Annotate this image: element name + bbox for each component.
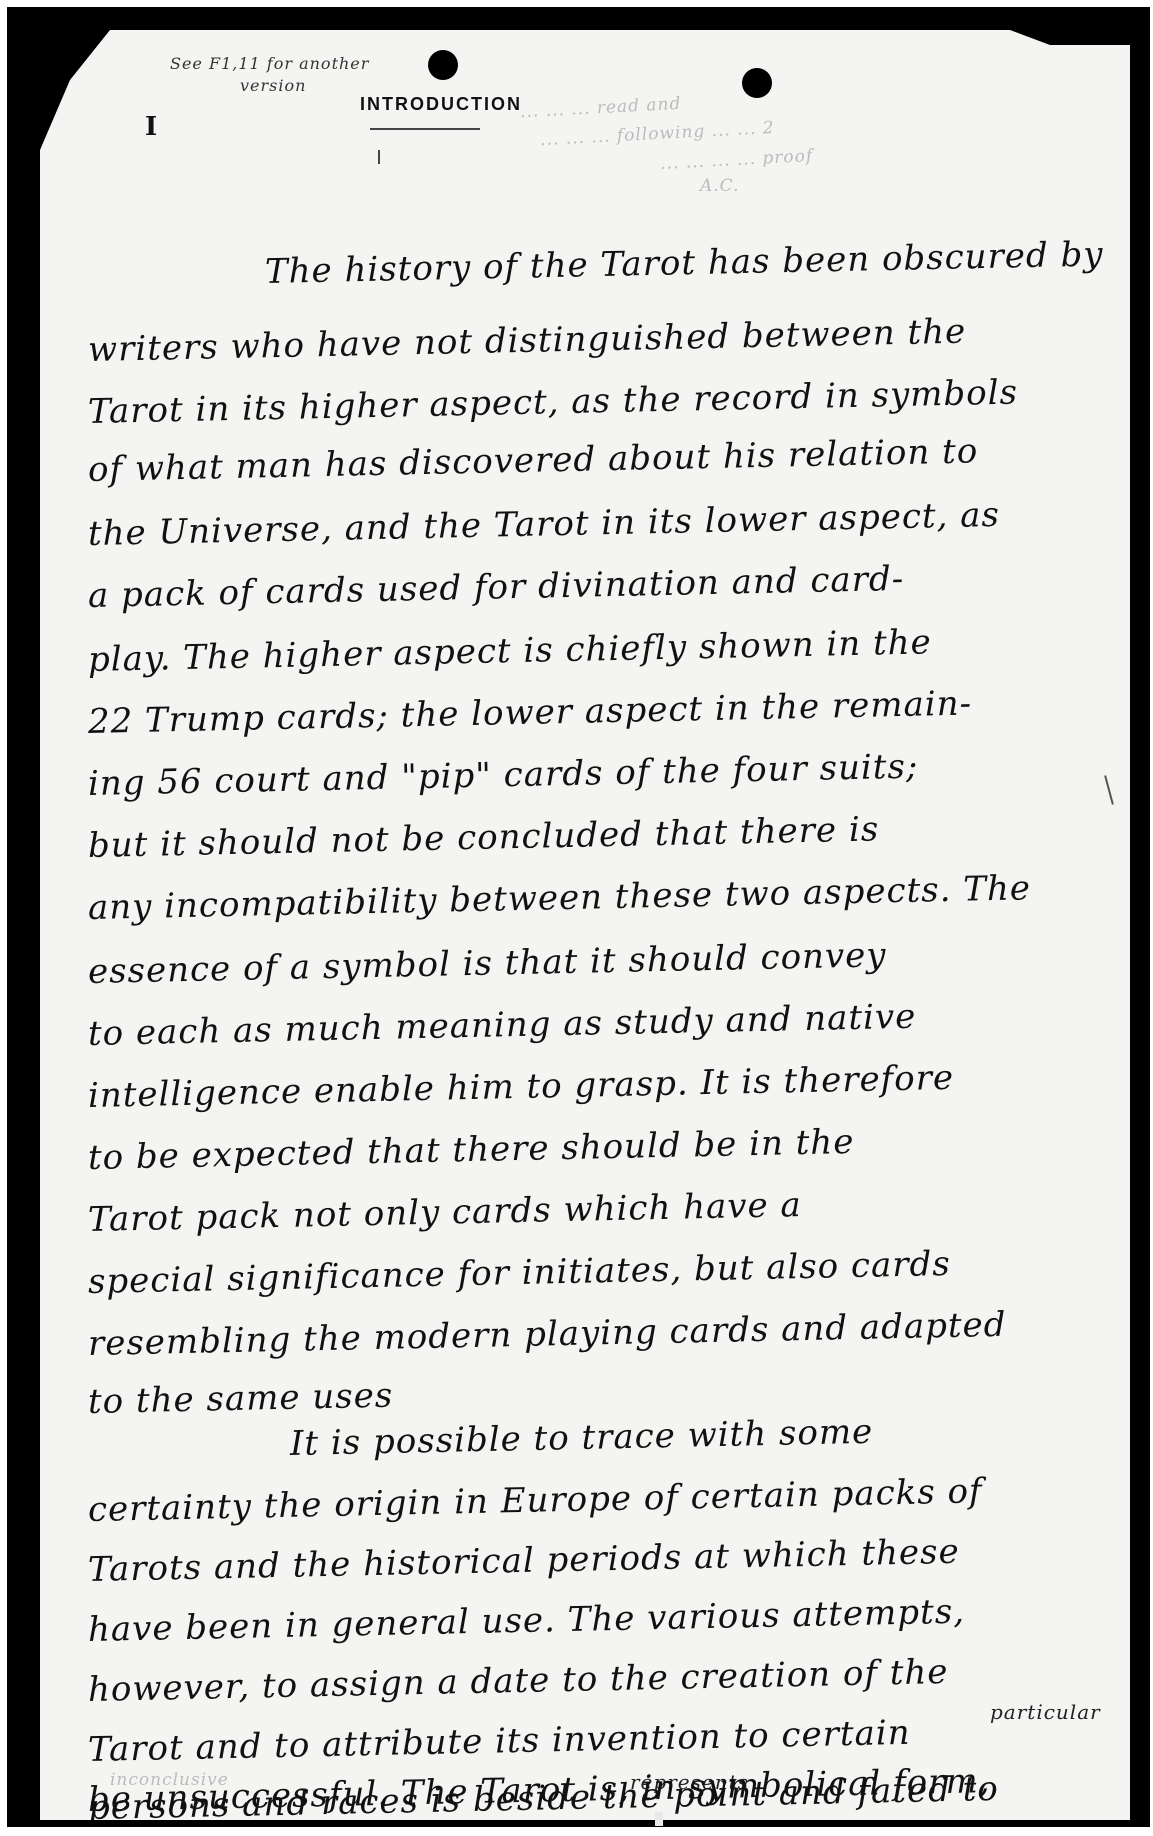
punch-hole-left bbox=[428, 50, 458, 80]
pencil-note-line-3: ... ... ... ... proof bbox=[660, 146, 814, 174]
pencil-note-line-4: A.C. bbox=[700, 176, 740, 196]
heading-underline bbox=[370, 128, 480, 130]
cross-reference-note-line-1: See F1,11 for another bbox=[170, 54, 369, 73]
text-line: ing 56 court and "pip" cards of the four… bbox=[88, 747, 919, 804]
text-line: to be expected that there should be in t… bbox=[88, 1122, 855, 1178]
text-line: but it should not be concluded that ther… bbox=[88, 809, 880, 866]
text-line: play. The higher aspect is chiefly shown… bbox=[88, 622, 933, 680]
punch-hole-right bbox=[742, 68, 772, 98]
text-line: however, to assign a date to the creatio… bbox=[88, 1652, 949, 1710]
manuscript-page: See F1,11 for another version I INTRODUC… bbox=[40, 30, 1153, 1820]
section-heading: INTRODUCTION bbox=[360, 94, 522, 115]
text-line: writers who have not distinguished betwe… bbox=[88, 312, 967, 370]
heading-tick bbox=[378, 150, 380, 164]
text-line: The history of the Tarot has been obscur… bbox=[265, 234, 1104, 292]
page-number: I bbox=[145, 112, 158, 142]
text-line: Tarot pack not only cards which have a bbox=[88, 1185, 803, 1240]
text-line: Tarots and the historical periods at whi… bbox=[88, 1532, 960, 1590]
text-line: It is possible to trace with some bbox=[290, 1412, 874, 1464]
cross-reference-note-line-2: version bbox=[240, 76, 306, 95]
page-tab bbox=[655, 1812, 663, 1826]
text-line: essence of a symbol is that it should co… bbox=[88, 935, 887, 992]
text-line: Tarot and to attribute its invention to … bbox=[88, 1713, 911, 1770]
text-line: certainty the origin in Europe of certai… bbox=[88, 1471, 983, 1530]
text-line: special significance for initiates, but … bbox=[88, 1244, 952, 1302]
text-line: resembling the modern playing cards and … bbox=[88, 1305, 1007, 1364]
text-line: 22 Trump cards; the lower aspect in the … bbox=[88, 683, 973, 742]
text-line: of what man has discovered about his rel… bbox=[88, 431, 979, 490]
pencil-note-line-2: ... ... ... following ... ... 2 bbox=[540, 118, 775, 150]
text-line: to each as much meaning as study and nat… bbox=[88, 997, 917, 1054]
text-line: the Universe, and the Tarot in its lower… bbox=[88, 495, 1001, 554]
insertion-inconclusive: inconclusive bbox=[110, 1770, 229, 1790]
text-line: to the same uses bbox=[88, 1376, 394, 1422]
margin-check-mark bbox=[1104, 775, 1114, 804]
text-line: any incompatibility between these two as… bbox=[88, 868, 1032, 928]
text-line: have been in general use. The various at… bbox=[88, 1592, 966, 1650]
insertion-particular: particular bbox=[990, 1700, 1101, 1724]
text-line: a pack of cards used for divination and … bbox=[88, 559, 905, 616]
text-line: intelligence enable him to grasp. It is … bbox=[88, 1058, 955, 1116]
pencil-note-line-1: ... ... ... read and bbox=[520, 94, 682, 122]
text-line: Tarot in its higher aspect, as the recor… bbox=[88, 373, 1019, 432]
